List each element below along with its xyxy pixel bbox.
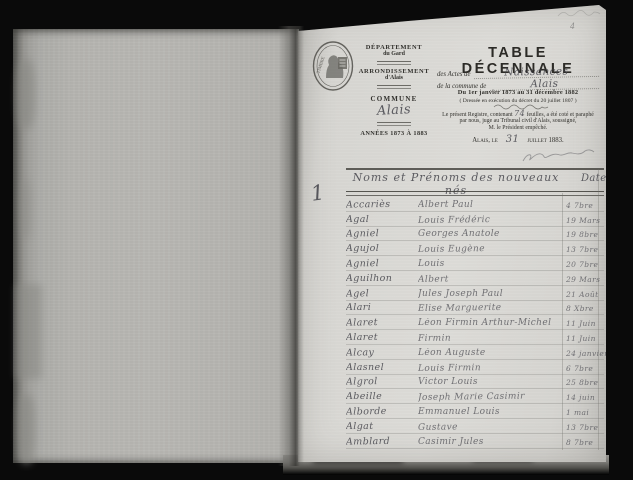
entry-surname: Abeille [346, 391, 418, 402]
register-text-1b: feuilles, a été coté et paraphé [527, 112, 594, 118]
acts-handwritten-value: Naissances [474, 66, 599, 79]
entry-given-names: Emmanuel Louis [418, 407, 566, 417]
paper-texture [13, 29, 299, 463]
entry-date: 29 Mars [566, 275, 604, 284]
table-row: AlcayLéon Auguste24 janvier [346, 345, 604, 360]
paper-smudge [18, 394, 35, 464]
arrondissement-label: ARRONDISSEMENT [346, 68, 442, 75]
date-day-handwritten: 31 [506, 135, 520, 144]
table-row: AguilhonAlbert29 Mars [346, 271, 604, 286]
dated-at-line: Alais, le 31 juillet 1883. [448, 135, 588, 144]
judge-signature-scribble [520, 147, 598, 167]
entry-date: 11 Juin [566, 334, 604, 343]
departement-value: du Gard [346, 51, 442, 58]
entry-surname: Alcay [346, 346, 418, 358]
entry-surname: Agal [346, 214, 418, 225]
entry-date: 8 7bre [566, 438, 604, 447]
paper-smudge [16, 284, 42, 379]
table-row: AlgrolVictor Louis25 8bre [346, 375, 604, 390]
table-row: AbeilleJoseph Marie Casimir14 juin [346, 389, 604, 404]
divider [377, 61, 411, 65]
entry-date: 25 8bre [566, 378, 604, 387]
arrondissement-value: d'Alais [346, 75, 442, 82]
paper-smudge [17, 59, 35, 129]
table-top-rule [346, 168, 604, 170]
table-row: AlariÉlise Marguerite8 Xbre [346, 301, 604, 316]
entry-date: 21 Août [566, 290, 604, 299]
pencil-page-mark: 4 [570, 21, 575, 31]
table-row: AlaretLéon Firmin Arthur-Michel11 Juin [346, 315, 604, 330]
departement-label: DÉPARTEMENT [346, 44, 442, 51]
date-place: Alais, le [472, 137, 498, 144]
entry-surname: Agel [346, 287, 418, 299]
table-row: AgelJules Joseph Paul21 Août [346, 286, 604, 301]
entry-date: 14 juin [566, 393, 604, 402]
table-row: AlgatGustave13 7bre [346, 419, 604, 434]
entry-surname: Alborde [346, 405, 418, 417]
register-text-1a: Le présent Registre, contenant [442, 112, 513, 118]
entry-surname: Agujol [346, 243, 418, 254]
entry-date: 13 7bre [566, 245, 604, 254]
decree-line: ( Dressée en exécution du décret du 20 j… [433, 98, 603, 104]
entry-surname: Algat [346, 421, 418, 432]
entry-date: 1 mai [566, 408, 604, 417]
entry-date: 19 Mars [566, 216, 604, 225]
period-line: Du 1er janvier 1873 au 31 décembre 1882 [433, 89, 603, 96]
commune-handwritten-value: Alais [346, 100, 443, 121]
entry-given-names: Élise Marguerite [418, 302, 566, 314]
entry-given-names: Jules Joseph Paul [418, 289, 566, 299]
divider [377, 85, 411, 89]
entry-surname: Alari [346, 302, 418, 313]
entry-surname: Agniel [346, 257, 418, 269]
years-label: ANNÉES 1873 À 1883 [346, 130, 442, 137]
table-row: AlbordeEmmanuel Louis1 mai [346, 404, 604, 419]
entry-date: 8 Xbre [566, 304, 604, 313]
entries-list: AccarièsAlbert Paul4 7breAgalLouis Frédé… [346, 197, 604, 449]
entry-given-names: Léon Firmin Arthur-Michel [418, 318, 566, 328]
table-row: AmblardCasimir Jules8 7bre [346, 434, 604, 449]
date-rest: juillet 1883. [527, 137, 563, 144]
entry-given-names: Georges Anatole [418, 229, 566, 239]
book-scan: TIMBRE DÉPARTEMENT du Gard ARRONDISSEMEN… [0, 0, 633, 480]
entry-given-names: Casimir Jules [418, 437, 566, 447]
sheet-count-handwritten: 74 [514, 109, 525, 118]
entry-surname: Aguilhon [346, 273, 418, 284]
table-decennale-page: TIMBRE DÉPARTEMENT du Gard ARRONDISSEMEN… [298, 4, 606, 462]
entry-surname: Alaret [346, 317, 418, 329]
entry-given-names: Firmin [418, 332, 566, 344]
administrative-header: DÉPARTEMENT du Gard ARRONDISSEMENT d'Ala… [346, 44, 442, 137]
entry-given-names: Joseph Marie Casimir [418, 391, 566, 403]
svg-text:TIMBRE: TIMBRE [316, 56, 326, 74]
table-row: AccarièsAlbert Paul4 7bre [346, 197, 604, 212]
entry-given-names: Louis Frédéric [418, 214, 566, 226]
table-row: AgalLouis Frédéric19 Mars [346, 212, 604, 227]
entry-date: 20 7bre [566, 260, 604, 269]
entry-given-names: Albert [418, 273, 566, 285]
entry-surname: Algrol [346, 376, 418, 388]
entry-date: 11 Juin [566, 319, 604, 328]
entry-given-names: Louis Eugène [418, 243, 566, 255]
table-row: AgujolLouis Eugène13 7bre [346, 241, 604, 256]
acts-label: des Actes de [437, 71, 474, 78]
table-row: AgnielGeorges Anatole19 8bre [346, 227, 604, 242]
entry-surname: Accariès [346, 198, 418, 210]
register-text-3: M. le Président empêché. [489, 125, 548, 131]
left-blank-page [13, 29, 299, 463]
divider [377, 122, 411, 126]
pencil-scribble [556, 9, 602, 19]
table-header-rule [346, 191, 604, 196]
entry-date: 24 janvier [566, 349, 604, 358]
entry-given-names: Gustave [418, 421, 566, 433]
register-text-2: par nous, juge au Tribunal civil d'Alais… [460, 118, 577, 124]
entry-given-names: Victor Louis [418, 377, 566, 387]
entry-surname: Alaret [346, 332, 418, 343]
table-row: AlaretFirmin11 Juin [346, 330, 604, 345]
entry-surname: Agniel [346, 228, 418, 240]
entry-date: 19 8bre [566, 230, 604, 239]
table-row: AlasnelLouis Firmin6 7bre [346, 360, 604, 375]
book-spine-shadow [278, 26, 304, 466]
entry-surname: Alasnel [346, 362, 418, 373]
entry-date: 6 7bre [566, 364, 604, 373]
entry-surname: Amblard [346, 435, 418, 447]
table-row: AgnielLouis20 7bre [346, 256, 604, 271]
entry-date: 4 7bre [566, 201, 604, 210]
entry-date: 13 7bre [566, 423, 604, 432]
entry-given-names: Louis Firmin [418, 362, 566, 374]
entry-given-names: Albert Paul [418, 200, 566, 210]
register-statement: Le présent Registre, contenant 74 feuill… [432, 111, 604, 131]
dates-column-header: Dates [581, 173, 627, 184]
entry-given-names: Louis [418, 259, 566, 269]
paper-smudge [21, 179, 31, 239]
acts-form-line: des Actes de Naissances [437, 67, 599, 78]
entry-given-names: Léon Auguste [418, 348, 566, 358]
